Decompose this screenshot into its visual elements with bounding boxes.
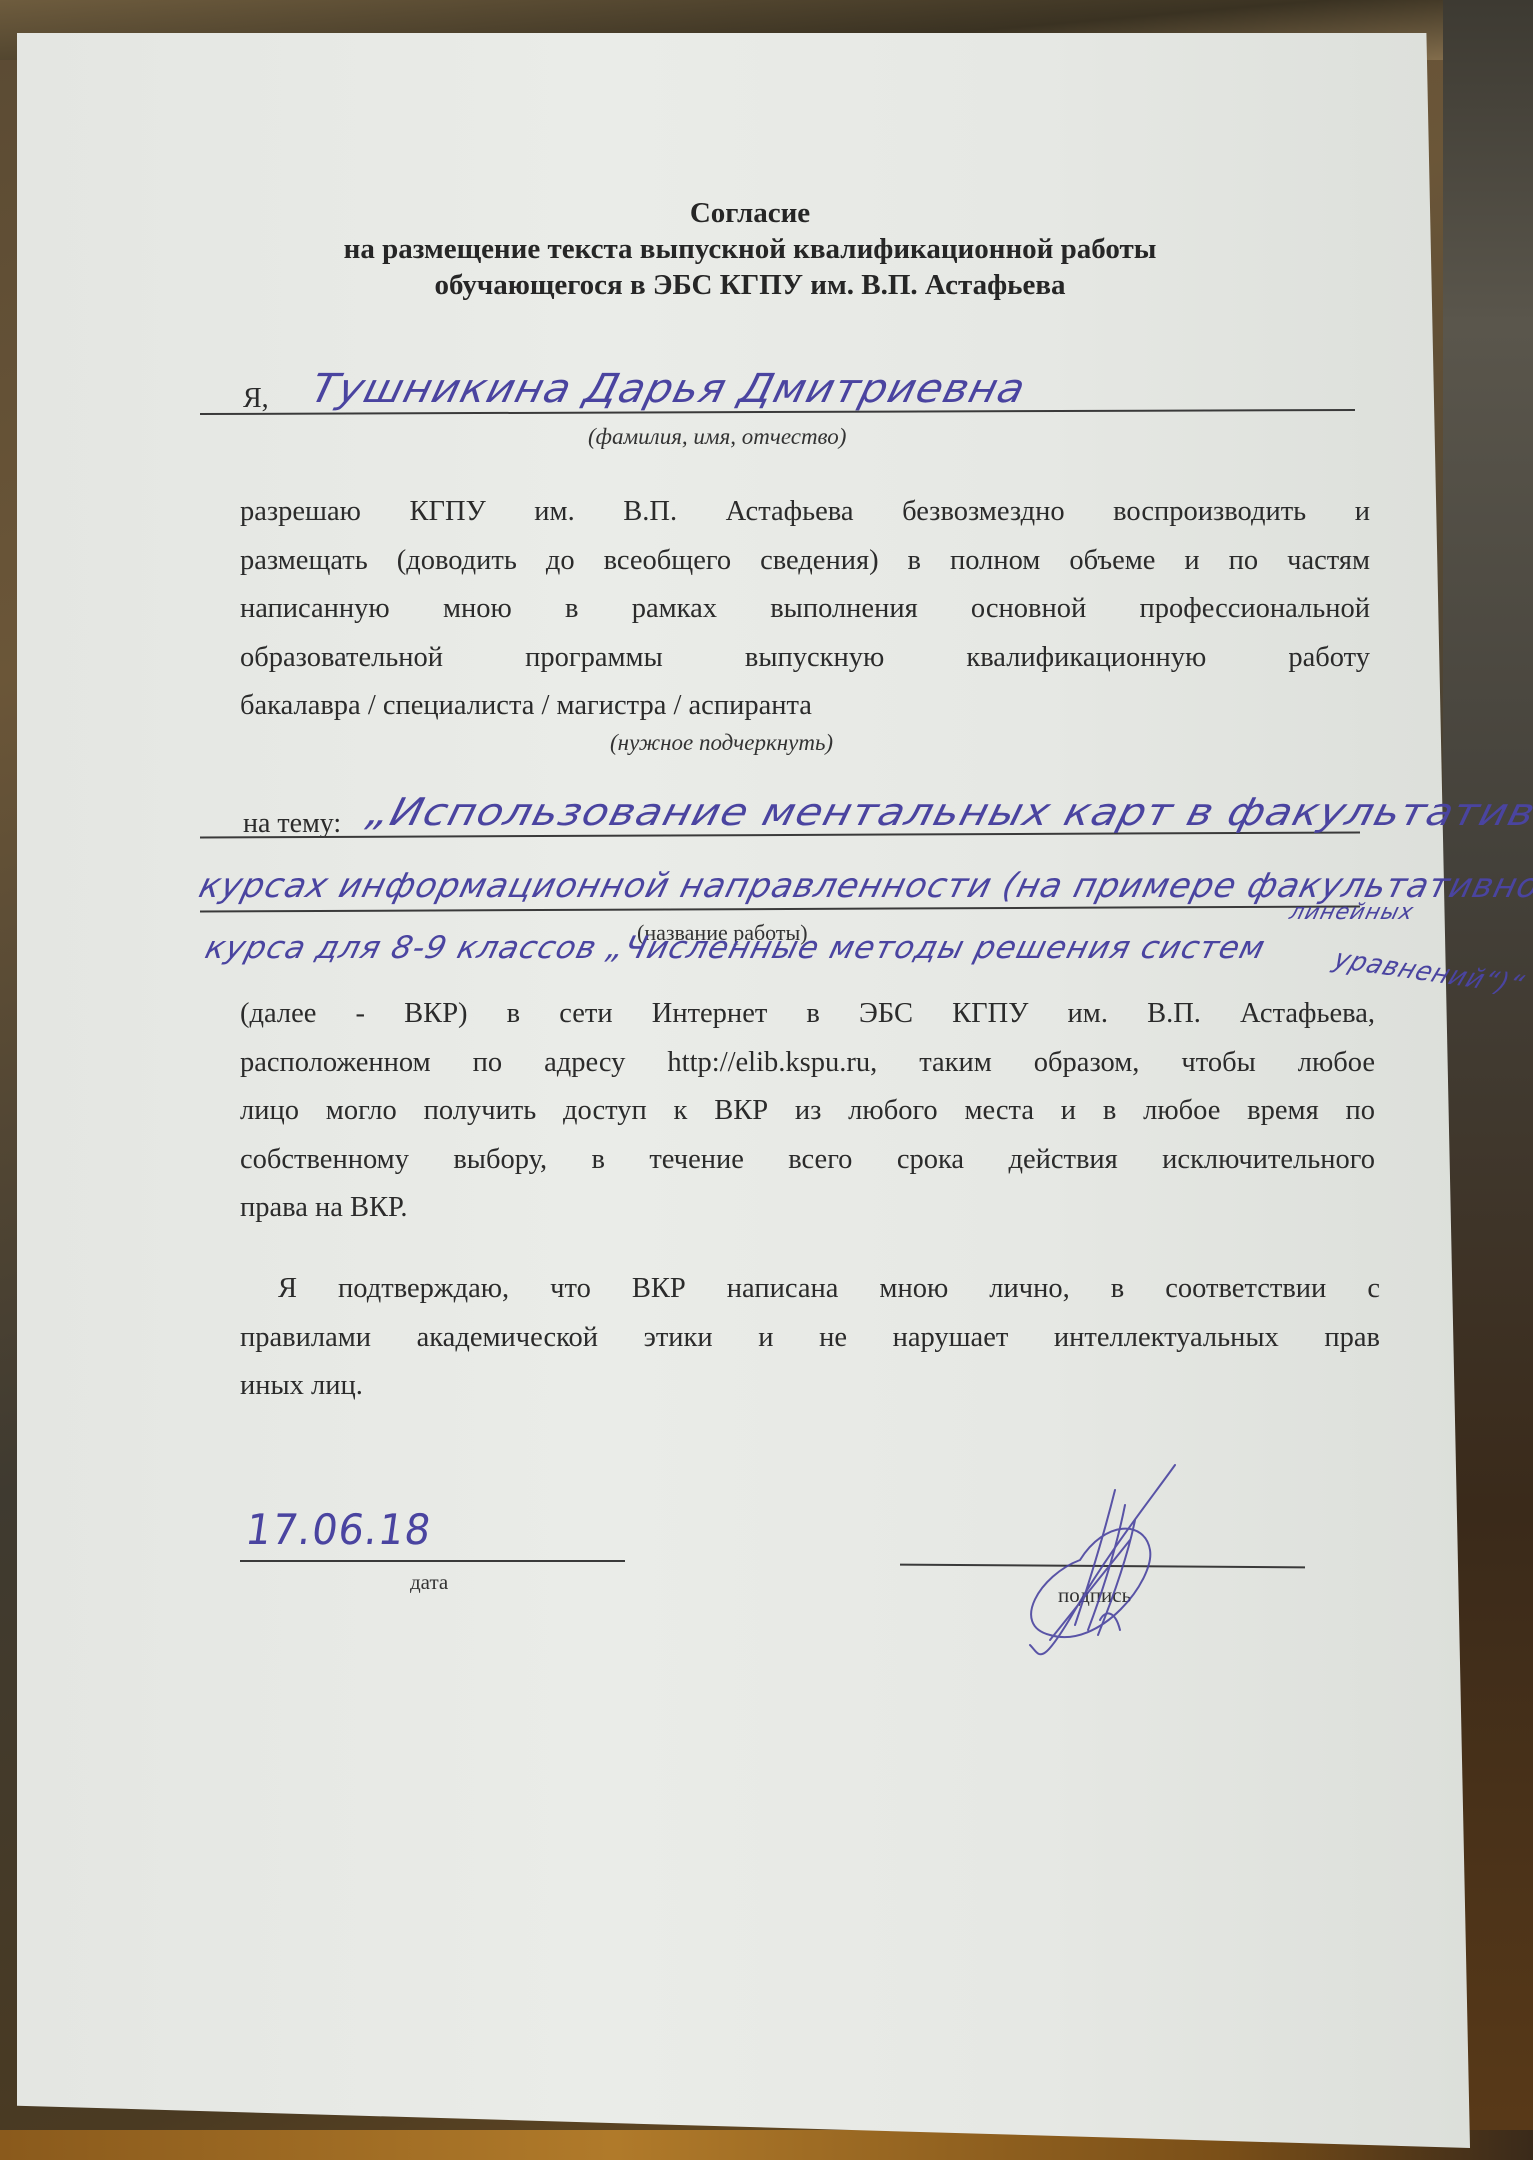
topic-handwritten-insert[interactable]: линейных <box>1287 900 1417 925</box>
confirmation-line-2: правилами академической этики и не наруш… <box>240 1314 1380 1363</box>
publication-line-1: (далее - ВКР) в сети Интернет в ЭБС КГПУ… <box>240 990 1375 1039</box>
permission-paragraph: разрешаю КГПУ им. В.П. Астафьева безвозм… <box>240 488 1370 731</box>
date-label: дата <box>410 1570 448 1595</box>
topic-handwritten-line-3[interactable]: курса для 8-9 классов „Численные методы … <box>202 930 1270 966</box>
signature-scribble-icon[interactable] <box>980 1460 1200 1660</box>
document-title: Согласие на размещение текста выпускной … <box>220 195 1280 303</box>
confirmation-paragraph: Я подтверждаю, что ВКР написана мною лич… <box>240 1265 1380 1411</box>
confirmation-line-3: иных лиц. <box>240 1362 1380 1411</box>
permission-line-4: образовательной программы выпускную квал… <box>240 634 1370 683</box>
confirmation-line-1: Я подтверждаю, что ВКР написана мною лич… <box>240 1265 1380 1314</box>
publication-paragraph: (далее - ВКР) в сети Интернет в ЭБС КГПУ… <box>240 990 1375 1233</box>
publication-line-3: лицо могло получить доступ к ВКР из любо… <box>240 1087 1375 1136</box>
title-line-3: обучающегося в ЭБС КГПУ им. В.П. Астафье… <box>220 267 1280 303</box>
name-handwritten-value[interactable]: Тушникина Дарья Дмитриевна <box>306 366 1030 412</box>
name-prefix: Я, <box>243 383 269 415</box>
title-line-1: Согласие <box>220 195 1280 231</box>
permission-line-3: написанную мною в рамках выполнения осно… <box>240 585 1370 634</box>
publication-line-5: права на ВКР. <box>240 1184 1375 1233</box>
date-underline <box>240 1560 625 1562</box>
permission-line-5: бакалавра / специалиста / магистра / асп… <box>240 682 1370 731</box>
degree-hint: (нужное подчеркнуть) <box>610 730 833 756</box>
name-hint: (фамилия, имя, отчество) <box>588 424 846 450</box>
publication-line-4: собственному выбору, в течение всего сро… <box>240 1136 1375 1185</box>
topic-handwritten-line-1[interactable]: „Использование ментальных карт в факульт… <box>363 790 1533 834</box>
title-line-2: на размещение текста выпускной квалифика… <box>220 231 1280 267</box>
permission-line-2: размещать (доводить до всеобщего сведени… <box>240 537 1370 586</box>
permission-line-1: разрешаю КГПУ им. В.П. Астафьева безвозм… <box>240 488 1370 537</box>
date-handwritten-value[interactable]: 17.06.18 <box>243 1505 435 1554</box>
publication-line-2: расположенном по адресу http://elib.kspu… <box>240 1039 1375 1088</box>
